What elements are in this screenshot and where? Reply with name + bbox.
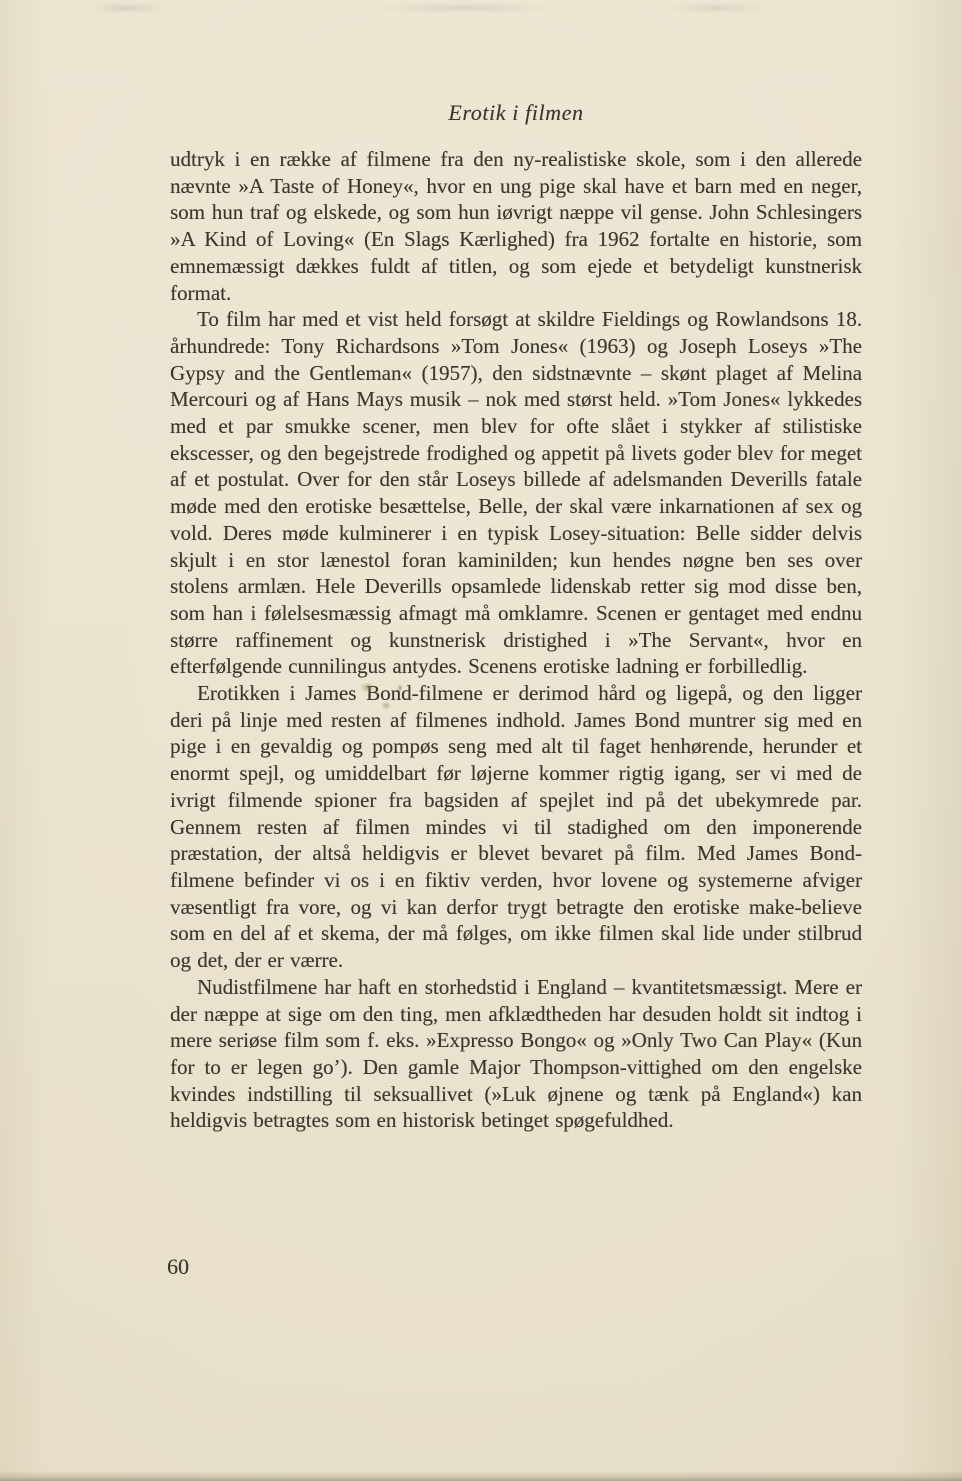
- body-text: udtryk i en række af filmene fra den ny-…: [170, 146, 862, 1134]
- page-number: 60: [167, 1254, 189, 1280]
- paragraph-tom-jones-gypsy: To film har med et vist held forsøgt at …: [170, 306, 862, 680]
- show-through-smudge: [60, 2, 902, 14]
- page-edge-shadow: [0, 1471, 962, 1481]
- running-head: Erotik i filmen: [170, 100, 862, 126]
- scanned-book-page: Erotik i filmen udtryk i en række af fil…: [0, 0, 962, 1481]
- paragraph-james-bond: Erotikken i James Bond-filmene er derimo…: [170, 680, 862, 974]
- paragraph-continuation: udtryk i en række af filmene fra den ny-…: [170, 146, 862, 306]
- paragraph-nudistfilm: Nudistfilmene har haft en storhedstid i …: [170, 974, 862, 1134]
